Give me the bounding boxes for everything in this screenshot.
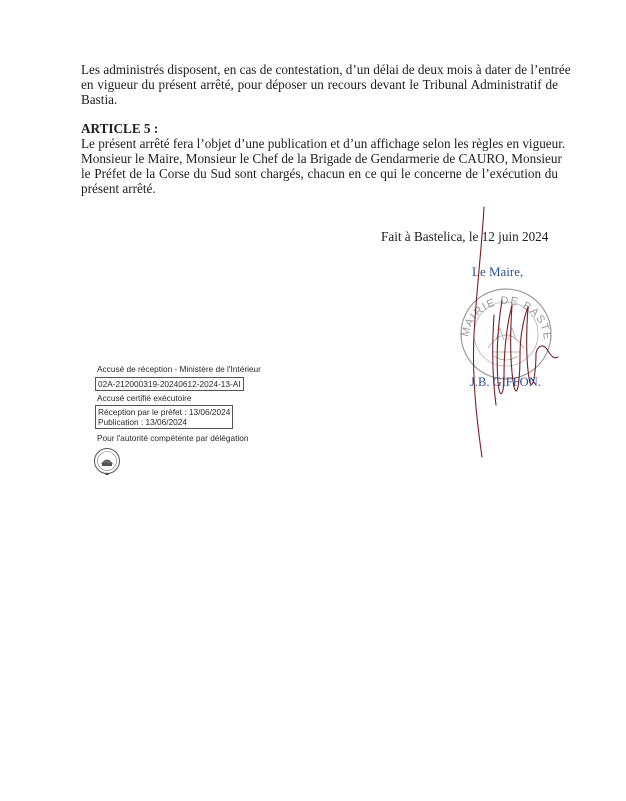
authority-delegation: Pour l'autorité compétente par délégatio… [97,433,249,443]
document-page: Les administrés disposent, en cas de con… [0,0,626,801]
text-line: Les administrés disposent, en cas de con… [81,62,558,77]
place-and-date: Fait à Bastelica, le 12 juin 2024 [381,229,548,244]
acknowledgment-dates: Réception par le préfet : 13/06/2024 Pub… [95,405,233,429]
acknowledgment-reference: 02A-212000319-20240612-2024-13-AI [95,377,244,391]
article-5-body: Le présent arrêté fera l’objet d’une pub… [81,136,558,196]
prefecture-seal-icon [93,447,121,477]
text-line: Bastia. [81,92,558,107]
article-5-heading: ARTICLE 5 : [81,121,158,136]
text-line: en vigueur du présent arrêté, pour dépos… [81,77,558,92]
acknowledgment-header: Accusé de réception - Ministère de l'Int… [97,364,261,374]
acknowledgment-status: Accusé certifié exécutoire [97,393,192,403]
appeal-paragraph: Les administrés disposent, en cas de con… [81,62,558,107]
reception-date: Réception par le préfet : 13/06/2024 [98,407,230,417]
signature-block: MAIRIE DE BASTELICA Le Maire, J.B. GIFFO… [440,250,570,460]
text-line: Monsieur le Maire, Monsieur le Chef de l… [81,151,558,166]
town-hall-seal-icon: MAIRIE DE BASTELICA [452,282,560,382]
text-line: présent arrêté. [81,181,558,196]
publication-date: Publication : 13/06/2024 [98,417,230,427]
text-line: le Préfet de la Corse du Sud sont chargé… [81,166,558,181]
text-line: Le présent arrêté fera l’objet d’une pub… [81,136,558,151]
signatory-name: J.B. GIFFON. [470,375,541,390]
signatory-title: Le Maire, [472,264,523,280]
